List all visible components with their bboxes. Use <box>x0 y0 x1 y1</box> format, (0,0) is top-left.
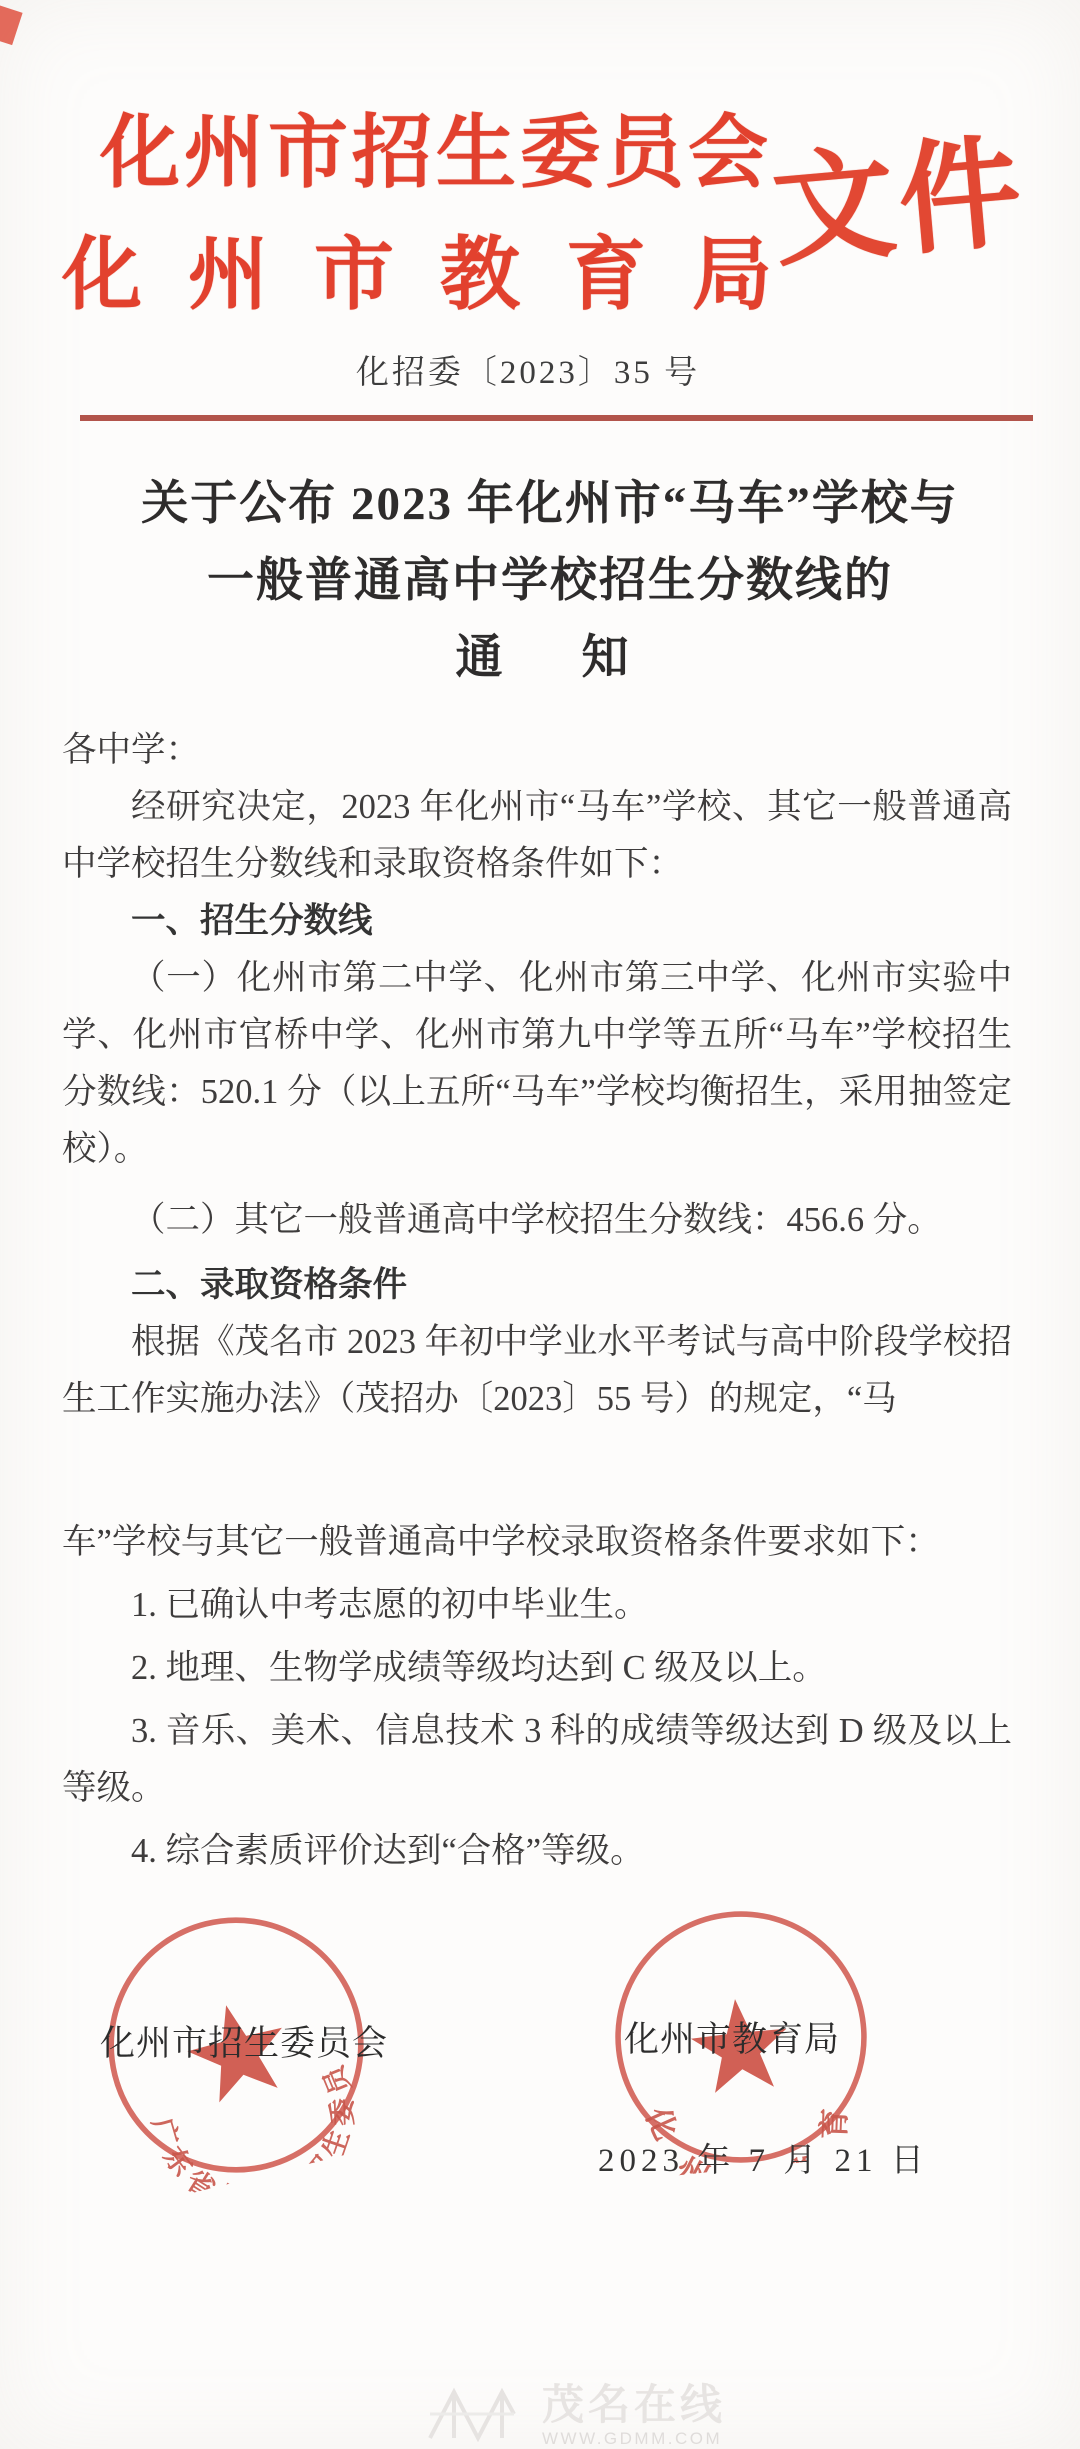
watermark-site-url: WWW.GDMM.COM <box>542 2429 726 2449</box>
section1-item1: （一）化州市第二中学、化州市第三中学、化州市实验中学、化州市官桥中学、化州市第九… <box>62 950 1012 1178</box>
title-line-3: 通 知 <box>20 620 1080 697</box>
site-watermark: 茂名在线 WWW.GDMM.COM <box>428 2384 726 2449</box>
condition-item-3: 3. 音乐、美术、信息技术 3 科的成绩等级达到 D 级及以上等级。 <box>62 1703 1012 1817</box>
signature-date: 2023 年 7 月 21 日 <box>598 2134 929 2181</box>
issuing-org-line1: 化州市招生委员会 <box>100 88 772 203</box>
section1-item2: （二）其它一般普通高中学校招生分数线：456.6 分。 <box>62 1192 1012 1249</box>
watermark-text: 茂名在线 WWW.GDMM.COM <box>542 2384 726 2449</box>
watermark-site-name: 茂名在线 <box>542 2384 726 2426</box>
notice-body: 各中学： 经研究决定，2023 年化州市“马车”学校、其它一般普通高中学校招生分… <box>62 722 1012 1880</box>
red-divider-line <box>80 415 1033 421</box>
intro-paragraph: 经研究决定，2023 年化州市“马车”学校、其它一般普通高中学校招生分数线和录取… <box>62 779 1012 893</box>
red-corner-mark <box>0 5 23 45</box>
left-signature-org: 化州市招生委员会 <box>100 2016 388 2066</box>
section2-paragraph-part2: 车”学校与其它一般普通高中学校录取资格条件要求如下： <box>62 1514 1012 1571</box>
document-number: 化招委〔2023〕35 号 <box>0 346 1056 393</box>
issuing-org-line2: 化州市教育局 <box>62 210 818 325</box>
title-line-2: 一般普通高中学校招生分数线的 <box>20 543 1080 620</box>
title-line-1: 关于公布 2023 年化州市“马车”学校与 <box>20 466 1080 543</box>
right-signature-org: 化州市教育局 <box>624 2012 840 2062</box>
document-type-label: 文件 <box>765 93 1031 289</box>
salutation: 各中学： <box>62 722 1012 779</box>
condition-item-1: 1. 已确认中考志愿的初中毕业生。 <box>62 1577 1012 1634</box>
condition-item-2: 2. 地理、生物学成绩等级均达到 C 级及以上。 <box>62 1640 1012 1697</box>
section1-heading: 一、招生分数线 <box>62 893 1012 950</box>
condition-item-4: 4. 综合素质评价达到“合格”等级。 <box>62 1823 1012 1880</box>
watermark-logo-icon <box>428 2384 528 2442</box>
section2-paragraph-part1: 根据《茂名市 2023 年初中学业水平考试与高中阶段学校招生工作实施办法》（茂招… <box>62 1314 1012 1428</box>
document-page: 化州市招生委员会 化州市教育局 文件 化招委〔2023〕35 号 关于公布 20… <box>0 0 1080 2449</box>
notice-title: 关于公布 2023 年化州市“马车”学校与 一般普通高中学校招生分数线的 通 知 <box>20 466 1080 697</box>
section2-heading: 二、录取资格条件 <box>62 1257 1012 1314</box>
